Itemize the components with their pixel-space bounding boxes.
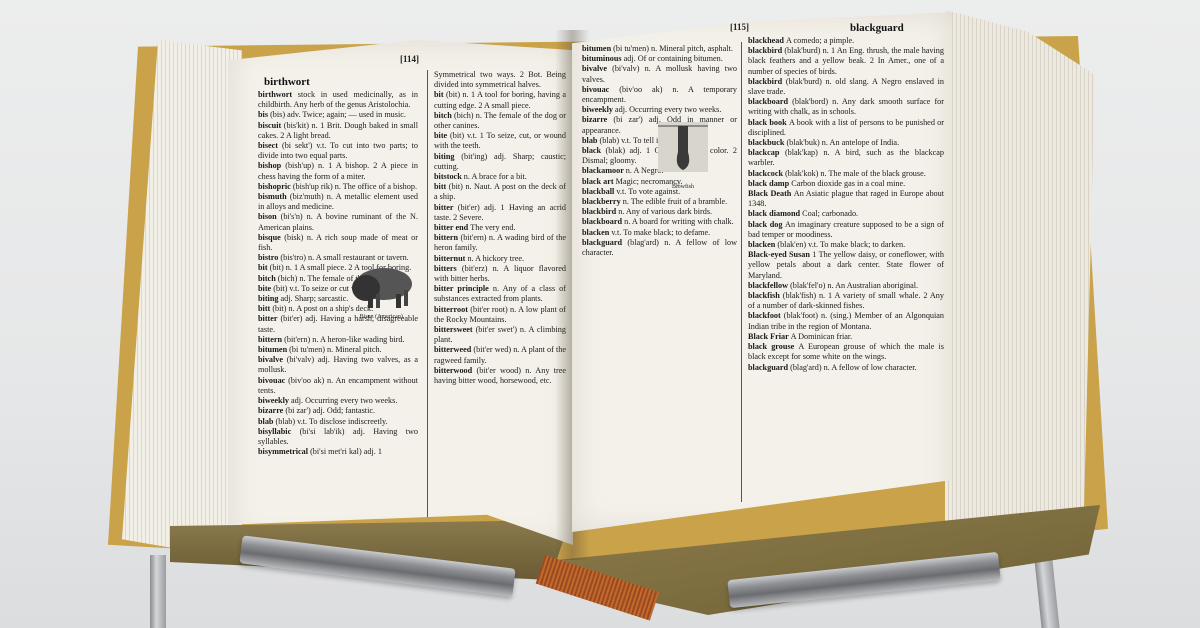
dictionary-entry: bison (bi's'n) n. A bovine ruminant of t…: [258, 212, 418, 232]
dictionary-entry: bitternut n. A hickory tree.: [434, 254, 566, 264]
entry-headword: bitters: [434, 264, 462, 273]
entry-definition: adj. Occurring every two weeks.: [615, 105, 721, 114]
dictionary-entry: bitumen (bi tu'men) n. Mineral pitch.: [258, 345, 418, 355]
entry-headword: birthwort: [258, 90, 298, 99]
right-page-number: [115]: [730, 22, 749, 32]
entry-headword: bite: [258, 284, 273, 293]
entry-headword: bitterroot: [434, 305, 470, 314]
entry-headword: black art: [582, 177, 616, 186]
entry-headword: bishop: [258, 161, 285, 170]
entry-headword: blacken: [582, 228, 611, 237]
entry-definition: (bi sekt') v.t. To cut into two parts; t…: [258, 141, 418, 160]
photo-scene: birthwort [114] birthwort stock in used …: [0, 0, 1200, 628]
page-edges-right: [945, 10, 1095, 550]
dictionary-entry: bitters (bit'erz) n. A liquor flavored w…: [434, 264, 566, 284]
entry-headword: black: [582, 146, 606, 155]
dictionary-entry: blackfish (blak'fish) n. 1 A variety of …: [748, 291, 944, 311]
entry-definition: n. A hickory tree.: [467, 254, 524, 263]
entry-definition: Symmetrical two ways. 2 Bot. Being divid…: [434, 70, 566, 89]
entry-headword: bitter end: [434, 223, 470, 232]
entry-headword: bis: [258, 110, 270, 119]
dictionary-entry: bit (bit) n. 1 A tool for boring, having…: [434, 90, 566, 110]
entry-definition: (blag'ard) n. A fellow of low character.: [790, 363, 917, 372]
dictionary-entry: bitter end The very end.: [434, 223, 566, 233]
left-page: birthwort [114] birthwort stock in used …: [228, 40, 573, 545]
entry-headword: biting: [258, 294, 281, 303]
entry-headword: blackfoot: [748, 311, 784, 320]
entry-headword: bivouac: [258, 376, 288, 385]
dictionary-entry: blackboard (blak'bord) n. Any dark smoot…: [748, 97, 944, 117]
entry-definition: (bit) v.t. 1 To seize, cut, or wound wit…: [434, 131, 566, 150]
entry-headword: bittern: [434, 233, 460, 242]
entry-definition: v.t. To make black; to defame.: [611, 228, 710, 237]
entry-headword: blackboard: [748, 97, 792, 106]
dictionary-entry: blackfellow (blak'fel'o) n. An Australia…: [748, 281, 944, 291]
entry-headword: bizarre: [582, 115, 613, 124]
entry-headword: bitstock: [434, 172, 464, 181]
dictionary-entry: Black Friar A Dominican friar.: [748, 332, 944, 342]
entry-headword: blackhead: [748, 36, 786, 45]
dictionary-entry: bivouac (biv'oo ak) n. A temporary encam…: [582, 85, 737, 105]
entry-headword: black grouse: [748, 342, 798, 351]
entry-headword: blab: [258, 417, 276, 426]
dictionary-entry: bivalve (bi'valv) n. A mollusk having tw…: [582, 64, 737, 84]
entry-headword: blackbird: [582, 207, 618, 216]
entry-headword: blackguard: [582, 238, 627, 247]
dictionary-entry: black dog An imaginary creature supposed…: [748, 220, 944, 240]
entry-headword: black damp: [748, 179, 791, 188]
entry-definition: adj. Occurring every two weeks.: [291, 396, 397, 405]
entry-headword: bitterweed: [434, 345, 473, 354]
entry-headword: black diamond: [748, 209, 802, 218]
entry-definition: (bi'si met'ri kal) adj. 1: [310, 447, 382, 456]
entry-headword: bitterwood: [434, 366, 477, 375]
illustration-caption: Blowfish: [672, 184, 694, 190]
entry-headword: bizarre: [258, 406, 285, 415]
dictionary-entry: blacken v.t. To make black; to defame.: [582, 228, 737, 238]
entry-headword: biweekly: [582, 105, 615, 114]
entry-headword: bittersweet: [434, 325, 476, 334]
illustration-caption: Bison (American).: [360, 314, 405, 320]
dictionary-entry: bizarre (bi zar') adj. Odd; fantastic.: [258, 406, 418, 416]
right-page-column-2: blackhead A comedo; a pimple.blackbird (…: [748, 36, 944, 506]
dictionary-entry: biting (bit'ing) adj. Sharp; caustic; cu…: [434, 152, 566, 172]
entry-definition: (bich) n. The female of the dog or other…: [434, 111, 566, 130]
dictionary-entry: bitterroot (bit'er root) n. A low plant …: [434, 305, 566, 325]
entry-headword: bitch: [434, 111, 454, 120]
dictionary-entry: bitter (bit'er) adj. 1 Having an acrid t…: [434, 203, 566, 223]
dictionary-entry: bishopric (bish'up rik) n. The office of…: [258, 182, 418, 192]
blowfish-illustration: Blowfish: [658, 122, 708, 190]
entry-headword: bismuth: [258, 192, 290, 201]
bison-illustration: Bison (American).: [346, 260, 418, 320]
entry-headword: bitumen: [582, 44, 613, 53]
entry-definition: n. The edible fruit of a bramble.: [623, 197, 727, 206]
dictionary-entry: bitstock n. A brace for a bit.: [434, 172, 566, 182]
entry-definition: (blak'en) v.t. To make black; to darken.: [777, 240, 905, 249]
entry-definition: Coal; carbonado.: [802, 209, 858, 218]
dictionary-entry: bituminous adj. Of or containing bitumen…: [582, 54, 737, 64]
dictionary-entry: bivouac (biv'oo ak) n. An encampment wit…: [258, 376, 418, 396]
entry-headword: blackbird: [748, 77, 786, 86]
dictionary-entry: blackberry n. The edible fruit of a bram…: [582, 197, 737, 207]
entry-headword: biting: [434, 152, 461, 161]
dictionary-entry: bitch (bich) n. The female of the dog or…: [434, 111, 566, 131]
dictionary-entry: blackcock (blak'kok) n. The male of the …: [748, 169, 944, 179]
entry-headword: Black-eyed Susan: [748, 250, 812, 259]
entry-headword: bitt: [434, 182, 449, 191]
dictionary-entry: bite (bit) v.t. 1 To seize, cut, or woun…: [434, 131, 566, 151]
dictionary-entry: biweekly adj. Occurring every two weeks.: [258, 396, 418, 406]
entry-headword: blackboard: [582, 217, 624, 226]
entry-headword: blackamoor: [582, 166, 626, 175]
dictionary-entry: blackboard n. A board for writing with c…: [582, 217, 737, 227]
entry-definition: A comedo; a pimple.: [786, 36, 854, 45]
entry-definition: (blak'kok) n. The male of the black grou…: [785, 169, 926, 178]
entry-headword: bittern: [258, 335, 284, 344]
column-divider: [427, 70, 428, 520]
dictionary-entry: bisymmetrical (bi'si met'ri kal) adj. 1: [258, 447, 418, 457]
entry-definition: The very end.: [470, 223, 515, 232]
dictionary-entry: blackfoot (blak'foot) n. (sing.) Member …: [748, 311, 944, 331]
entry-definition: n. A brace for a bit.: [464, 172, 527, 181]
entry-definition: (bish'up rik) n. The office of a bishop.: [293, 182, 417, 191]
entry-headword: bitter: [258, 314, 280, 323]
entry-headword: bitch: [258, 274, 278, 283]
entry-headword: Black Friar: [748, 332, 791, 341]
dictionary-entry: blackbird (blak'burd) n. old slang. A Ne…: [748, 77, 944, 97]
entry-headword: bitter: [434, 203, 458, 212]
entry-headword: bisque: [258, 233, 284, 242]
entry-headword: bistro: [258, 253, 280, 262]
entry-definition: (bit) n. 1 A tool for boring, having a c…: [434, 90, 566, 109]
entry-headword: bisect: [258, 141, 282, 150]
illustration-icon: [658, 122, 708, 182]
dictionary-entry: black diamond Coal; carbonado.: [748, 209, 944, 219]
dictionary-entry: Symmetrical two ways. 2 Bot. Being divid…: [434, 70, 566, 90]
dictionary-entry: blacken (blak'en) v.t. To make black; to…: [748, 240, 944, 250]
entry-headword: blab: [582, 136, 600, 145]
entry-headword: bitt: [258, 304, 272, 313]
entry-headword: bison: [258, 212, 281, 221]
entry-headword: blackfellow: [748, 281, 790, 290]
entry-headword: bitumen: [258, 345, 289, 354]
entry-headword: bivalve: [582, 64, 612, 73]
stand-leg-left: [150, 555, 166, 628]
dictionary-entry: blackguard (blag'ard) n. A fellow of low…: [582, 238, 737, 258]
dictionary-entry: blackbuck (blak'buk) n. An antelope of I…: [748, 138, 944, 148]
dictionary-entry: bishop (bish'up) n. 1 A bishop. 2 A piec…: [258, 161, 418, 181]
entry-headword: blackbird: [748, 46, 784, 55]
entry-headword: bivouac: [582, 85, 619, 94]
entry-definition: (bit'ern) n. A heron-like wading bird.: [284, 335, 404, 344]
dictionary-entry: Black-eyed Susan 1 The yellow daisy, or …: [748, 250, 944, 281]
dictionary-entry: bittersweet (bit'er swet') n. A climbing…: [434, 325, 566, 345]
entry-headword: blackcap: [748, 148, 785, 157]
entry-headword: blackguard: [748, 363, 790, 372]
stand-leg-right: [1034, 560, 1059, 628]
entry-definition: adj. Sharp; sarcastic.: [281, 294, 349, 303]
entry-headword: bit: [434, 90, 446, 99]
entry-definition: A Dominican friar.: [791, 332, 853, 341]
entry-headword: blackfish: [748, 291, 783, 300]
dictionary-entry: black grouse A European grouse of which …: [748, 342, 944, 362]
dictionary-entry: bittern (bit'ern) n. A wading bird of th…: [434, 233, 566, 253]
dictionary-entry: blackguard (blag'ard) n. A fellow of low…: [748, 363, 944, 373]
dictionary-entry: Black Death An Asiatic plague that raged…: [748, 189, 944, 209]
dictionary-entry: bismuth (biz'muth) n. A metallic element…: [258, 192, 418, 212]
entry-definition: (bis) adv. Twice; again; — used in music…: [270, 110, 406, 119]
entry-definition: n. A board for writing with chalk.: [624, 217, 734, 226]
dictionary-entry: biscuit (bis'kit) n. 1 Brit. Dough baked…: [258, 121, 418, 141]
column-divider: [741, 42, 742, 502]
dictionary-entry: blackhead A comedo; a pimple.: [748, 36, 944, 46]
entry-headword: blackbuck: [748, 138, 786, 147]
dictionary-entry: bitter principle n. Any of a class of su…: [434, 284, 566, 304]
dictionary-entry: blackcap (blak'kap) n. A bird, such as t…: [748, 148, 944, 168]
dictionary-entry: bitt (bit) n. Naut. A post on the deck o…: [434, 182, 566, 202]
entry-definition: (blab) v.t. To disclose indiscreetly.: [276, 417, 388, 426]
entry-headword: bishopric: [258, 182, 293, 191]
entry-definition: (bi tu'men) n. Mineral pitch, asphalt.: [613, 44, 733, 53]
dictionary-entry: bitterwood (bit'er wood) n. Any tree hav…: [434, 366, 566, 386]
dictionary-entry: birthwort stock in used medicinally, as …: [258, 90, 418, 110]
left-page-number: [114]: [400, 54, 419, 64]
entry-definition: adj. Of or containing bitumen.: [624, 54, 723, 63]
entry-headword: blackberry: [582, 197, 623, 206]
left-guide-word: birthwort: [264, 76, 310, 88]
right-page: [115] blackguard bitumen (bi tu'men) n. …: [572, 12, 952, 532]
dictionary-entry: black damp Carbon dioxide gas in a coal …: [748, 179, 944, 189]
entry-headword: bisyllabic: [258, 427, 300, 436]
entry-headword: bituminous: [582, 54, 624, 63]
entry-headword: black book: [748, 118, 789, 127]
entry-headword: blackball: [582, 187, 616, 196]
right-guide-word: blackguard: [850, 22, 904, 34]
dictionary-entry: bitumen (bi tu'men) n. Mineral pitch, as…: [582, 44, 737, 54]
dictionary-entry: biweekly adj. Occurring every two weeks.: [582, 105, 737, 115]
dictionary-entry: blackbird (blak'burd) n. 1 An Eng. thrus…: [748, 46, 944, 77]
dictionary-entry: blackbird n. Any of various dark birds.: [582, 207, 737, 217]
dictionary-entry: bisque (bisk) n. A rich soup made of mea…: [258, 233, 418, 253]
dictionary-entry: bitterweed (bit'er wed) n. A plant of th…: [434, 345, 566, 365]
entry-definition: (blak'fel'o) n. An Australian aboriginal…: [790, 281, 918, 290]
entry-definition: (blak'buk) n. An antelope of India.: [786, 138, 899, 147]
dictionary-entry: bittern (bit'ern) n. A heron-like wading…: [258, 335, 418, 345]
entry-headword: biscuit: [258, 121, 284, 130]
dictionary-entry: blab (blab) v.t. To disclose indiscreetl…: [258, 417, 418, 427]
dictionary-entry: black book A book with a list of persons…: [748, 118, 944, 138]
entry-definition: (bi zar') adj. Odd; fantastic.: [285, 406, 375, 415]
entry-definition: (bi tu'men) n. Mineral pitch.: [289, 345, 381, 354]
dictionary-entry: bisyllabic (bi'si lab'ik) adj. Having tw…: [258, 427, 418, 447]
entry-headword: bivalve: [258, 355, 287, 364]
entry-headword: blackcock: [748, 169, 785, 178]
entry-headword: biweekly: [258, 396, 291, 405]
dictionary-entry: bis (bis) adv. Twice; again; — used in m…: [258, 110, 418, 120]
dictionary-entry: bivalve (bi'valv) adj. Having two valves…: [258, 355, 418, 375]
entry-definition: (bi's'n) n. A bovine ruminant of the N. …: [258, 212, 418, 231]
entry-definition: Carbon dioxide gas in a coal mine.: [791, 179, 905, 188]
entry-definition: n. Any of various dark birds.: [618, 207, 712, 216]
entry-headword: bitternut: [434, 254, 467, 263]
entry-headword: bit: [258, 263, 270, 272]
entry-definition: (bit) n. Naut. A post on the deck of a s…: [434, 182, 566, 201]
entry-headword: bite: [434, 131, 450, 140]
entry-headword: bitter principle: [434, 284, 493, 293]
entry-headword: black dog: [748, 220, 785, 229]
entry-headword: Black Death: [748, 189, 794, 198]
dictionary-entry: bisect (bi sekt') v.t. To cut into two p…: [258, 141, 418, 161]
bison-icon: [346, 260, 418, 312]
left-page-column-2: Symmetrical two ways. 2 Bot. Being divid…: [434, 70, 566, 525]
entry-headword: blacken: [748, 240, 777, 249]
entry-headword: bisymmetrical: [258, 447, 310, 456]
right-page-column-1: bitumen (bi tu'men) n. Mineral pitch, as…: [582, 44, 737, 514]
